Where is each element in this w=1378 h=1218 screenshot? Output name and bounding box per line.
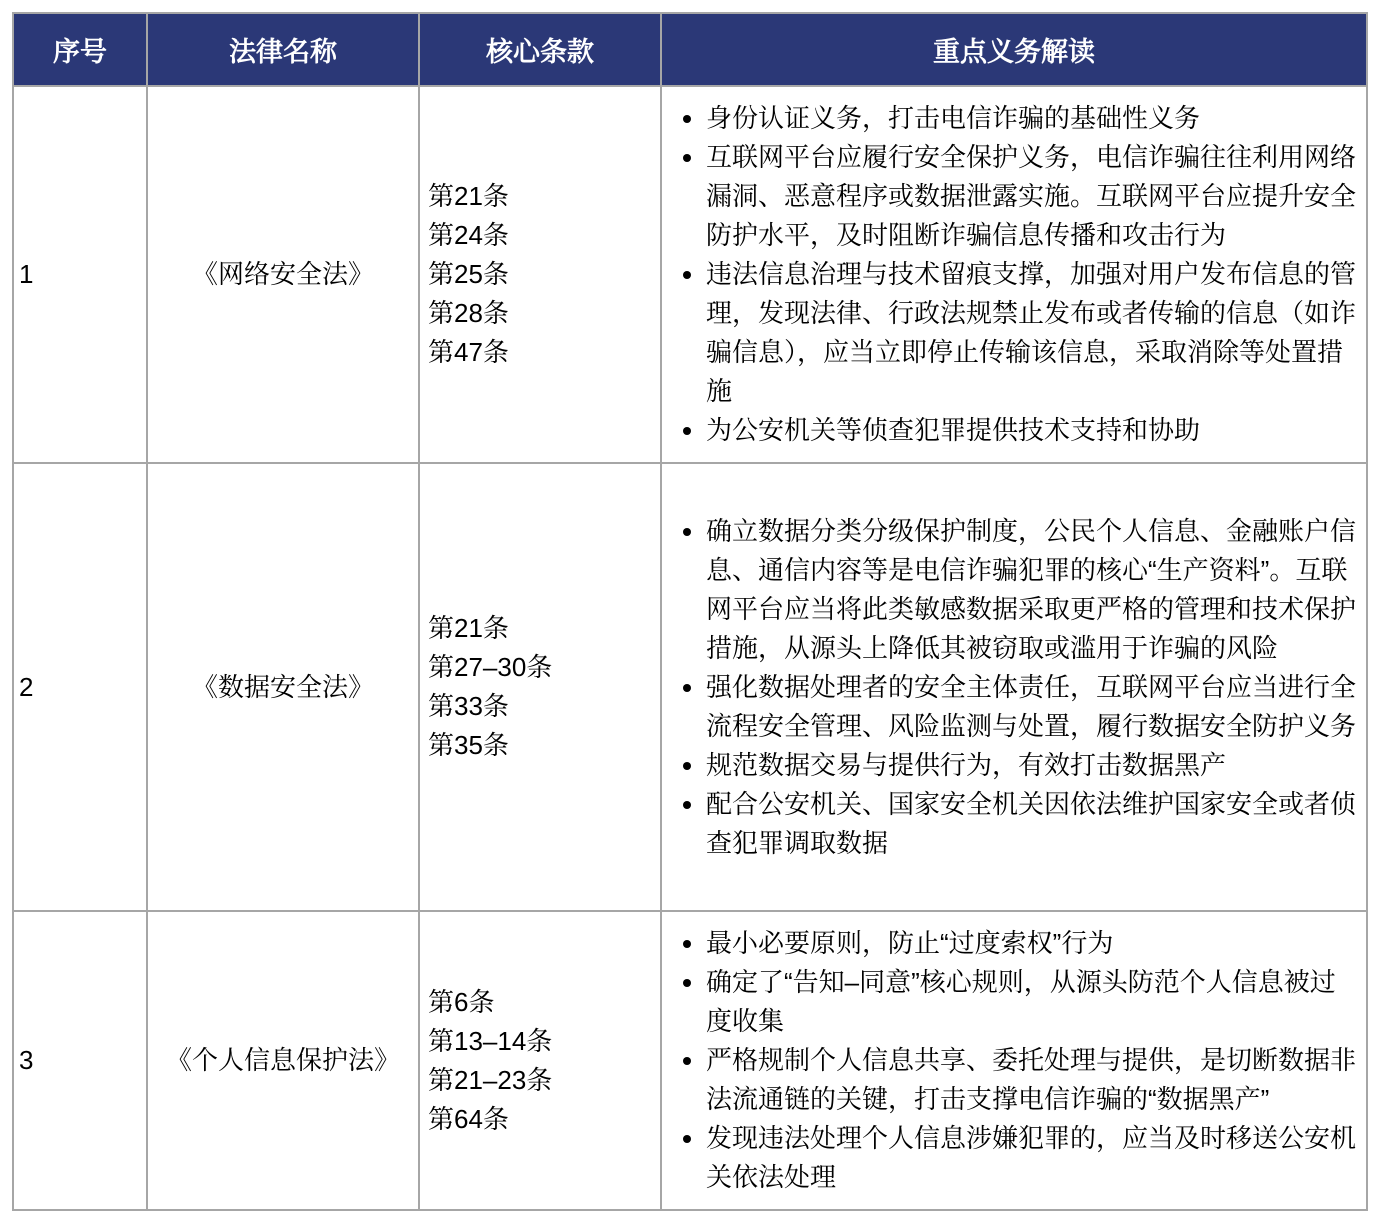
table-row: 1 《网络安全法》 第21条 第24条 第25条 第28条 第47条 身份认证义… [13,86,1367,463]
column-header-index: 序号 [13,13,147,86]
clause-line: 第47条 [428,333,656,372]
table-row: 2 《数据安全法》 第21条 第27–30条 第33条 第35条 确立数据分类分… [13,463,1367,911]
clauses-cell: 第6条 第13–14条 第21–23条 第64条 [419,911,661,1210]
table-body: 1 《网络安全法》 第21条 第24条 第25条 第28条 第47条 身份认证义… [13,86,1367,1210]
obligation-item: 配合公安机关、国家安全机关因依法维护国家安全或者侦查犯罪调取数据 [706,785,1358,863]
obligation-item: 发现违法处理个人信息涉嫌犯罪的，应当及时移送公安机关依法处理 [706,1119,1358,1197]
row-index-cell: 2 [13,463,147,911]
obligation-item: 为公安机关等侦查犯罪提供技术支持和协助 [706,411,1358,450]
clause-line: 第28条 [428,294,656,333]
obligations-cell: 身份认证义务，打击电信诈骗的基础性义务 互联网平台应履行安全保护义务，电信诈骗往… [661,86,1367,463]
clauses-cell: 第21条 第24条 第25条 第28条 第47条 [419,86,661,463]
clause-line: 第24条 [428,216,656,255]
obligation-item: 确立数据分类分级保护制度，公民个人信息、金融账户信息、通信内容等是电信诈骗犯罪的… [706,512,1358,668]
column-header-key-obligations: 重点义务解读 [661,13,1367,86]
obligation-list: 身份认证义务，打击电信诈骗的基础性义务 互联网平台应履行安全保护义务，电信诈骗往… [662,99,1358,450]
law-name-cell: 《个人信息保护法》 [147,911,419,1210]
obligation-list: 最小必要原则，防止“过度索权”行为 确定了“告知–同意”核心规则，从源头防范个人… [662,924,1358,1197]
column-header-law-name: 法律名称 [147,13,419,86]
obligation-item: 最小必要原则，防止“过度索权”行为 [706,924,1358,963]
clauses-cell: 第21条 第27–30条 第33条 第35条 [419,463,661,911]
clause-line: 第21条 [428,609,656,648]
obligation-item: 规范数据交易与提供行为，有效打击数据黑产 [706,746,1358,785]
clause-line: 第21条 [428,177,656,216]
clause-line: 第64条 [428,1100,656,1139]
clause-line: 第27–30条 [428,648,656,687]
clause-line: 第6条 [428,983,656,1022]
obligation-item: 违法信息治理与技术留痕支撑，加强对用户发布信息的管理，发现法律、行政法规禁止发布… [706,255,1358,411]
obligation-list: 确立数据分类分级保护制度，公民个人信息、金融账户信息、通信内容等是电信诈骗犯罪的… [662,512,1358,863]
clause-line: 第35条 [428,726,656,765]
law-name-cell: 《网络安全法》 [147,86,419,463]
clause-line: 第21–23条 [428,1061,656,1100]
obligation-item: 身份认证义务，打击电信诈骗的基础性义务 [706,99,1358,138]
row-index-cell: 3 [13,911,147,1210]
obligations-cell: 最小必要原则，防止“过度索权”行为 确定了“告知–同意”核心规则，从源头防范个人… [661,911,1367,1210]
law-name-cell: 《数据安全法》 [147,463,419,911]
row-index-cell: 1 [13,86,147,463]
table-row: 3 《个人信息保护法》 第6条 第13–14条 第21–23条 第64条 最小必… [13,911,1367,1210]
obligation-item: 强化数据处理者的安全主体责任，互联网平台应当进行全流程安全管理、风险监测与处置，… [706,668,1358,746]
obligation-item: 确定了“告知–同意”核心规则，从源头防范个人信息被过度收集 [706,963,1358,1041]
table-header: 序号 法律名称 核心条款 重点义务解读 [13,13,1367,86]
obligations-cell: 确立数据分类分级保护制度，公民个人信息、金融账户信息、通信内容等是电信诈骗犯罪的… [661,463,1367,911]
clause-line: 第33条 [428,687,656,726]
obligation-item: 严格规制个人信息共享、委托处理与提供，是切断数据非法流通链的关键，打击支撑电信诈… [706,1041,1358,1119]
column-header-core-clauses: 核心条款 [419,13,661,86]
obligation-item: 互联网平台应履行安全保护义务，电信诈骗往往利用网络漏洞、恶意程序或数据泄露实施。… [706,138,1358,255]
clause-line: 第13–14条 [428,1022,656,1061]
clause-line: 第25条 [428,255,656,294]
header-row: 序号 法律名称 核心条款 重点义务解读 [13,13,1367,86]
law-obligations-table: 序号 法律名称 核心条款 重点义务解读 1 《网络安全法》 第21条 第24条 … [12,12,1368,1211]
